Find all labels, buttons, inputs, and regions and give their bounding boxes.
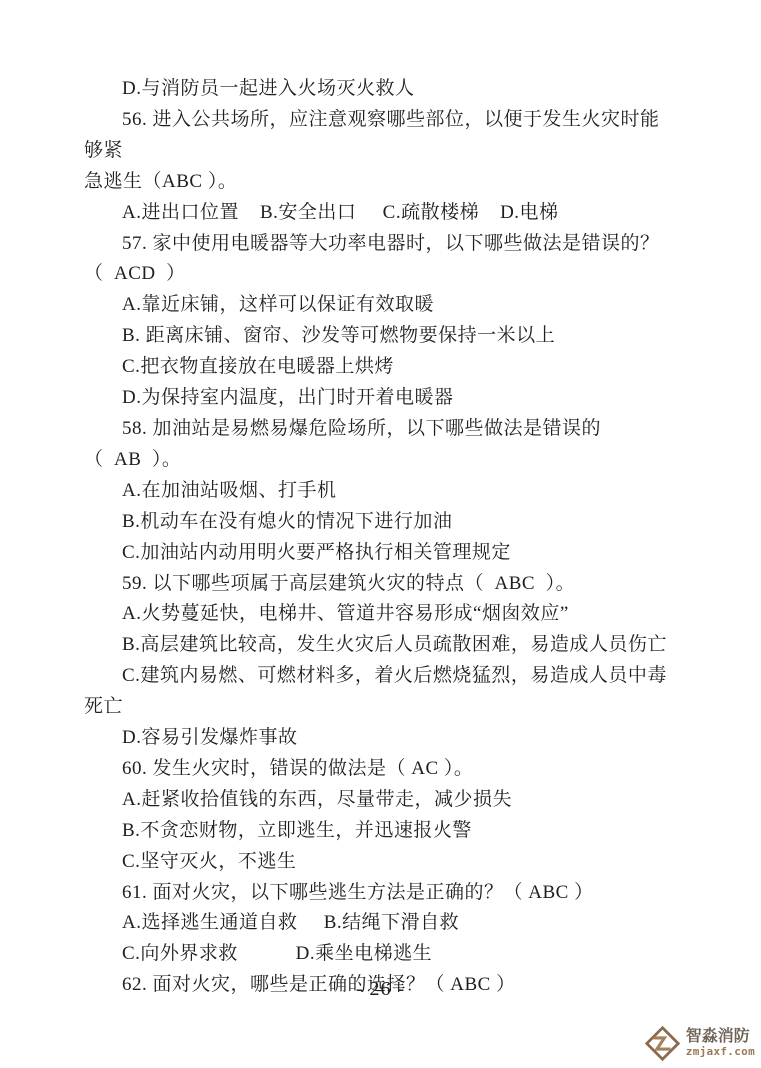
doc-line: 61. 面对火灾，以下哪些逃生方法是正确的？（ ABC ） [84, 878, 677, 909]
doc-line: 59. 以下哪些项属于高层建筑火灾的特点（ ABC ）。 [84, 569, 677, 600]
doc-line: B.不贪恋财物，立即逃生，并迅速报火警 [84, 816, 677, 847]
doc-line: C.坚守灭火，不逃生 [84, 847, 677, 878]
doc-line: A.火势蔓延快，电梯井、管道井容易形成“烟囱效应” [84, 599, 677, 630]
brand-name: 智淼消防 [686, 1029, 755, 1046]
doc-line: C.建筑内易燃、可燃材料多，着火后燃烧猛烈，易造成人员中毒死亡 [84, 661, 677, 723]
doc-line: A.靠近床铺，这样可以保证有效取暖 [84, 290, 677, 321]
brand-text-block: 智淼消防 zmjaxf.com [686, 1029, 755, 1057]
doc-line: B.机动车在没有熄火的情况下进行加油 [84, 507, 677, 538]
doc-line: 57. 家中使用电暖器等大功率电器时，以下哪些做法是错误的？ [84, 229, 677, 260]
document-body: D.与消防员一起进入火场灭火救人 56. 进入公共场所，应注意观察哪些部位，以便… [84, 74, 677, 1001]
doc-line: D.为保持室内温度，出门时开着电暖器 [84, 383, 677, 414]
brand-watermark: 智淼消防 zmjaxf.com [644, 1025, 755, 1062]
doc-line: 60. 发生火灾时，错误的做法是（ AC ）。 [84, 754, 677, 785]
brand-site: zmjaxf.com [686, 1046, 755, 1058]
doc-line: 急逃生（ABC ）。 [84, 167, 677, 198]
doc-line: 56. 进入公共场所，应注意观察哪些部位，以便于发生火灾时能够紧 [84, 105, 677, 167]
doc-line: D.与消防员一起进入火场灭火救人 [84, 74, 677, 105]
doc-line: C.把衣物直接放在电暖器上烘烤 [84, 352, 677, 383]
doc-line: A.在加油站吸烟、打手机 [84, 476, 677, 507]
doc-line: A.选择逃生通道自救 B.结绳下滑自救 [84, 908, 677, 939]
doc-line: B. 距离床铺、窗帘、沙发等可燃物要保持一米以上 [84, 321, 677, 352]
doc-line: C.向外界求救 D.乘坐电梯逃生 [84, 939, 677, 970]
doc-line: B.高层建筑比较高，发生火灾后人员疏散困难，易造成人员伤亡 [84, 630, 677, 661]
doc-line: C.加油站内动用明火要严格执行相关管理规定 [84, 538, 677, 569]
doc-line: A.进出口位置 B.安全出口 C.疏散楼梯 D.电梯 [84, 198, 677, 229]
doc-line: 58. 加油站是易燃易爆危险场所，以下哪些做法是错误的 [84, 414, 677, 445]
brand-logo-icon [644, 1025, 681, 1062]
doc-line: （ ACD ） [84, 259, 677, 290]
document-page: D.与消防员一起进入火场灭火救人 56. 进入公共场所，应注意观察哪些部位，以便… [0, 0, 761, 1068]
doc-line: A.赶紧收拾值钱的东西，尽量带走，减少损失 [84, 785, 677, 816]
doc-line: D.容易引发爆炸事故 [84, 723, 677, 754]
doc-line: （ AB ）。 [84, 445, 677, 476]
page-number: - 26 - [0, 978, 761, 1001]
